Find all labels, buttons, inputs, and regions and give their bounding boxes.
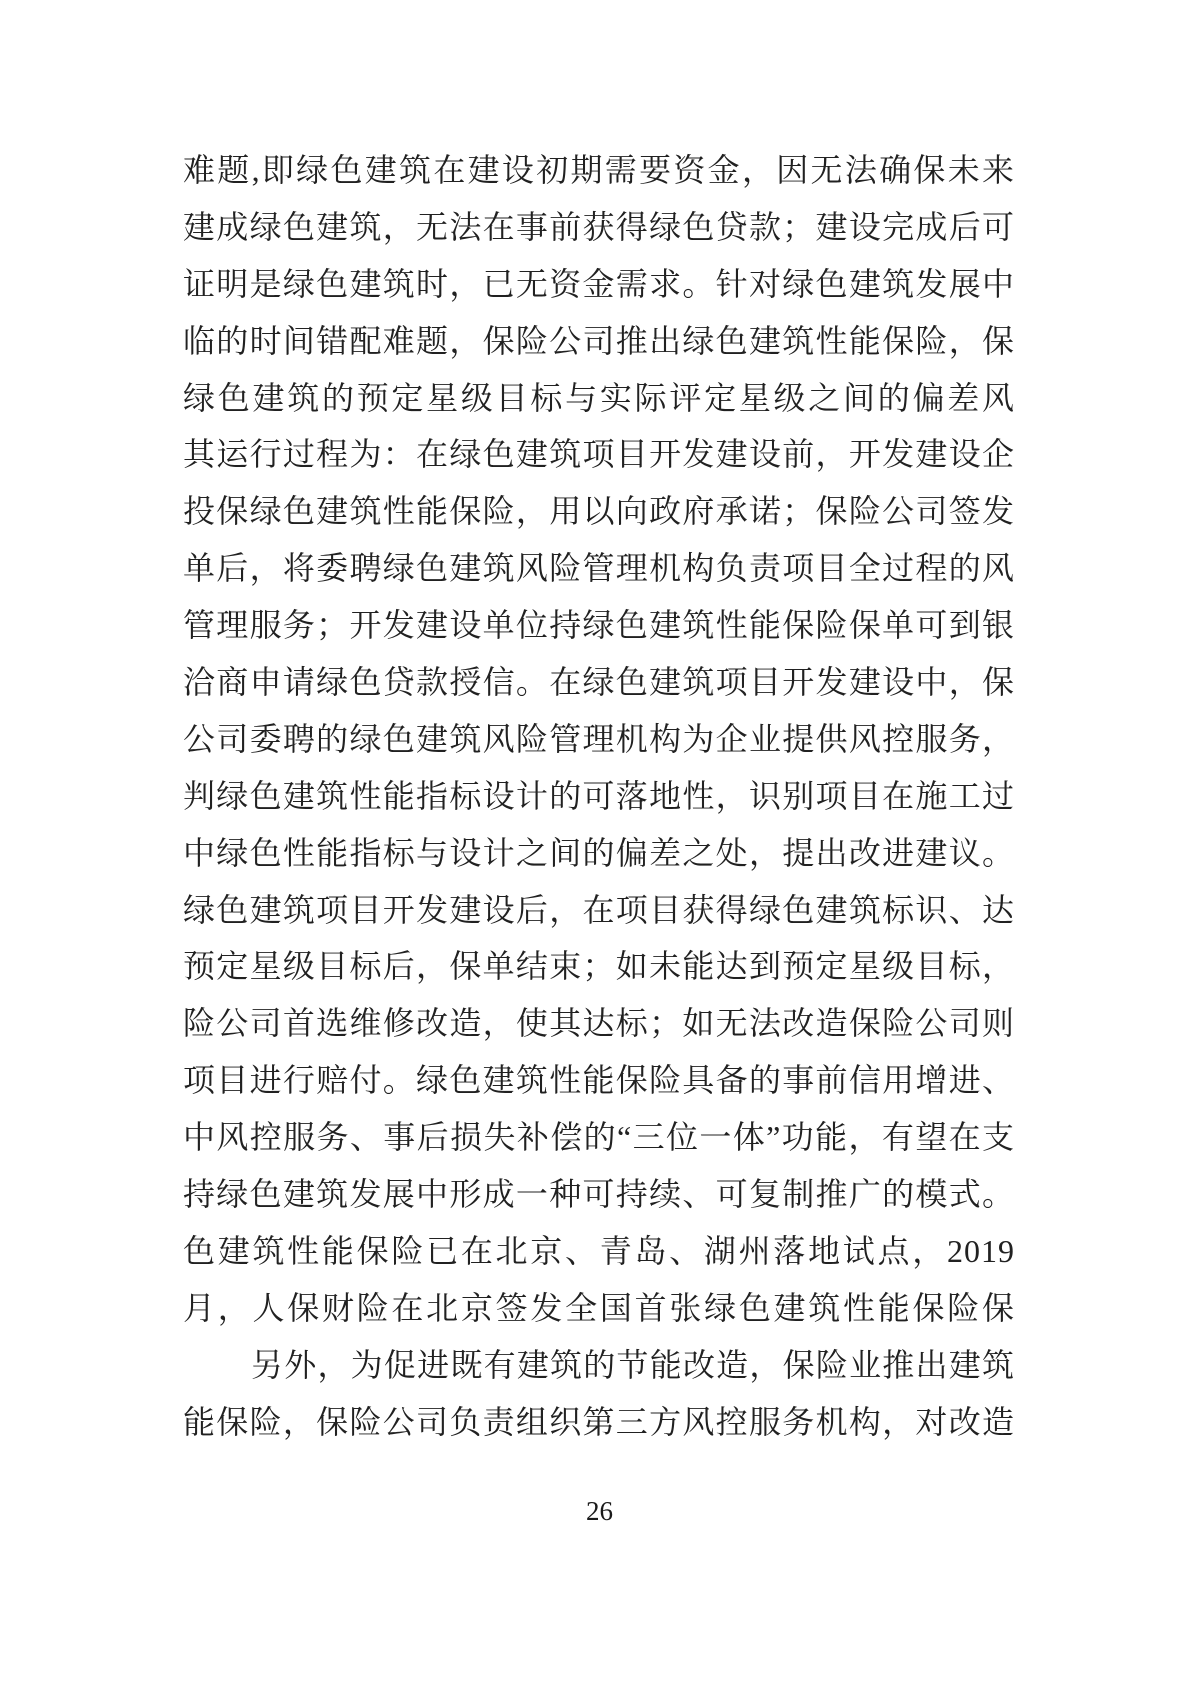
text-line: 投保绿色建筑性能保险，用以向政府承诺；保险公司签发保: [183, 483, 1015, 540]
text-line: 证明是绿色建筑时，已无资金需求。针对绿色建筑发展中面: [183, 256, 1015, 313]
text-line: 绿色建筑项目开发建设后，在项目获得绿色建筑标识、达到: [183, 882, 1015, 939]
text-line: 难题,即绿色建筑在建设初期需要资金，因无法确保未来能够: [183, 142, 1015, 199]
paragraph: 难题,即绿色建筑在建设初期需要资金，因无法确保未来能够建成绿色建筑，无法在事前获…: [183, 142, 1015, 1337]
text-line: 临的时间错配难题，保险公司推出绿色建筑性能保险，保障: [183, 313, 1015, 370]
text-line: 绿色建筑的预定星级目标与实际评定星级之间的偏差风险。: [183, 370, 1015, 427]
paragraph: 另外，为促进既有建筑的节能改造，保险业推出建筑节能保险，保险公司负责组织第三方风…: [183, 1337, 1015, 1451]
text-line: 管理服务；开发建设单位持绿色建筑性能保险保单可到银行: [183, 597, 1015, 654]
text-line: 另外，为促进既有建筑的节能改造，保险业推出建筑节: [183, 1337, 1015, 1394]
text-line: 中绿色性能指标与设计之间的偏差之处，提出改进建议。在: [183, 825, 1015, 882]
text-line: 色建筑性能保险已在北京、青岛、湖州落地试点，2019 年 3: [183, 1223, 1015, 1280]
text-line: 中风控服务、事后损失补偿的“三位一体”功能，有望在支: [183, 1109, 1015, 1166]
text-line: 险公司首选维修改造，使其达标；如无法改造保险公司则对: [183, 995, 1015, 1052]
text-line: 建成绿色建筑，无法在事前获得绿色贷款；建设完成后可以: [183, 199, 1015, 256]
text-line: 持绿色建筑发展中形成一种可持续、可复制推广的模式。绿: [183, 1166, 1015, 1223]
text-line: 公司委聘的绿色建筑风险管理机构为企业提供风控服务，预: [183, 711, 1015, 768]
document-page: 难题,即绿色建筑在建设初期需要资金，因无法确保未来能够建成绿色建筑，无法在事前获…: [0, 0, 1199, 1696]
page-text-block: 难题,即绿色建筑在建设初期需要资金，因无法确保未来能够建成绿色建筑，无法在事前获…: [183, 142, 1015, 1450]
text-line: 月，人保财险在北京签发全国首张绿色建筑性能保险保单。: [183, 1280, 1015, 1337]
text-line: 洽商申请绿色贷款授信。在绿色建筑项目开发建设中，保险: [183, 654, 1015, 711]
text-line: 能保险，保险公司负责组织第三方风控服务机构，对改造工: [183, 1394, 1015, 1451]
text-line: 项目进行赔付。绿色建筑性能保险具备的事前信用增进、事: [183, 1052, 1015, 1109]
page-number: 26: [0, 1496, 1199, 1527]
text-line: 预定星级目标后，保单结束；如未能达到预定星级目标，保: [183, 938, 1015, 995]
text-line: 单后，将委聘绿色建筑风险管理机构负责项目全过程的风险: [183, 540, 1015, 597]
text-line: 其运行过程为：在绿色建筑项目开发建设前，开发建设企业: [183, 426, 1015, 483]
text-line: 判绿色建筑性能指标设计的可落地性，识别项目在施工过程: [183, 768, 1015, 825]
